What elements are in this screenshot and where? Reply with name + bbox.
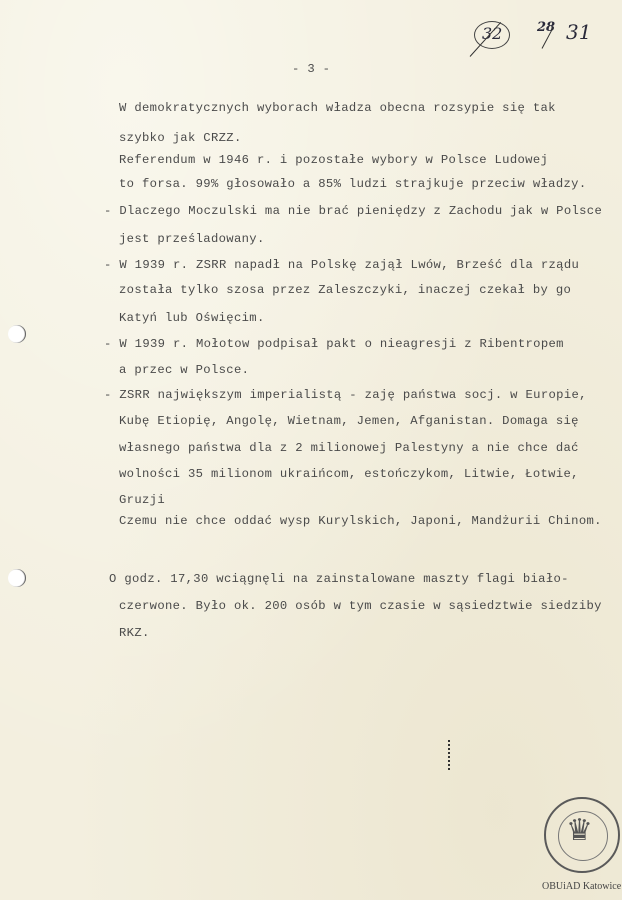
text-line: Gruzji [119,493,165,507]
stamp-label: OBUiAD Katowice [542,881,621,892]
text-line: Kubę Etiopię, Angolę, Wietnam, Jemen, Af… [119,414,579,428]
text-line: wolności 35 milionom ukraińcom, estończy… [119,467,579,481]
text-line: szybko jak CRZZ. [119,131,242,145]
page-number: - 3 - [292,62,330,76]
text-line: własnego państwa dla z 2 milionowej Pale… [119,441,579,455]
text-line: Referendum w 1946 r. i pozostałe wybory … [119,153,548,167]
text-line: - Dlaczego Moczulski ma nie brać pienięd… [104,204,602,218]
text-line: - W 1939 r. ZSRR napadł na Polskę zajął … [104,258,579,272]
ipn-archive-stamp: ♛ [544,797,620,873]
punch-hole-top [8,325,26,343]
text-line: - ZSRR największym imperialistą - zaję p… [104,388,587,402]
eagle-emblem-icon: ♛ [566,813,593,848]
text-line: została tylko szosa przez Zaleszczyki, i… [119,283,571,297]
document-page: 32 28 31 - 3 - W demokratycznych wyborac… [0,0,622,900]
text-line: W demokratycznych wyborach władza obecna… [119,101,556,115]
text-line: O godz. 17,30 wciągnęli na zainstalowane… [109,572,569,586]
text-line: - W 1939 r. Mołotow podpisał pakt o niea… [104,337,564,351]
handwritten-number-2: 31 [566,20,591,44]
text-line: RKZ. [119,626,150,640]
text-line: to forsa. 99% głosowało a 85% ludzi stra… [119,177,587,191]
punch-hole-bottom [8,569,26,587]
text-line: Katyń lub Oświęcim. [119,311,265,325]
text-line: czerwone. Było ok. 200 osób w tym czasie… [119,599,602,613]
text-line: Czemu nie chce oddać wysp Kurylskich, Ja… [119,514,602,528]
signature-mark [448,740,456,770]
text-line: jest prześladowany. [119,232,265,246]
text-line: a przec w Polsce. [119,363,249,377]
